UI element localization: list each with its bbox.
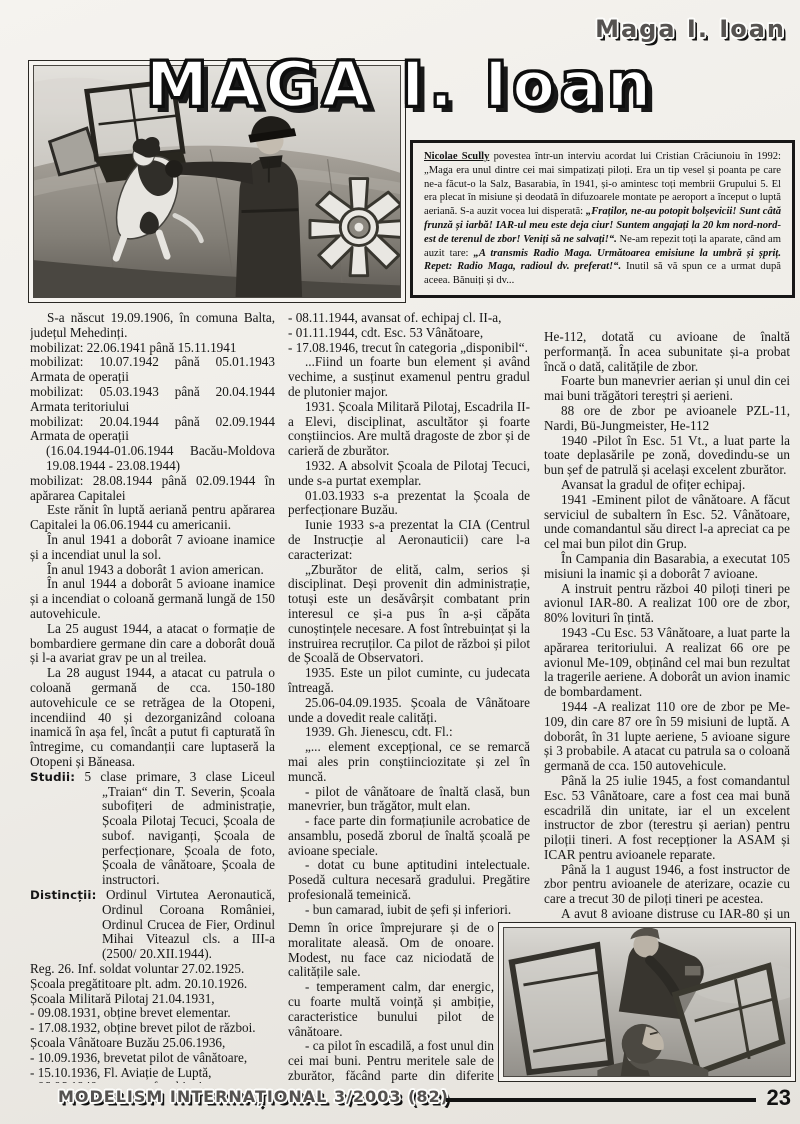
body-column-right: He-112, dotată cu avioane de înaltă perf…	[544, 330, 790, 920]
paragraph: Foarte bun manevrier aerian și unul din …	[544, 374, 790, 404]
paragraph: - ca pilot în escadilă, a fost unul din …	[288, 1039, 494, 1083]
paragraph: ...Fiind un foarte bun element și având …	[288, 355, 530, 399]
paragraph: Demn în orice împrejurare și de o morali…	[288, 921, 494, 980]
paragraph: - 17.08.1946, trecut în categoria „dispo…	[288, 341, 530, 356]
paragraph: În anul 1944 a doborât 5 avioane inamice…	[30, 577, 275, 621]
paragraph: S-a născut 19.09.1906, în comuna Balta, …	[30, 311, 275, 341]
paragraph: 1941 -Eminent pilot de vânătoare. A făcu…	[544, 493, 790, 552]
page-title: MAGA I. Ioan	[146, 48, 656, 121]
paragraph: În anul 1941 a doborât 7 avioane inamice…	[30, 533, 275, 563]
paragraph: 1943 -Cu Esc. 53 Vânătoare, a luat parte…	[544, 626, 790, 700]
footer-divider	[446, 1098, 756, 1102]
paragraph: mobilizat: 05.03.1943 până 20.04.1944 Ar…	[30, 385, 275, 415]
studies-text: 5 clase primare, 3 clase Liceul „Traian“…	[85, 769, 275, 888]
paragraph: - 01.11.1944, cdt. Esc. 53 Vânătoare,	[288, 326, 530, 341]
paragraph: La 28 august 1944, a atacat cu patrula o…	[30, 666, 275, 770]
paragraph: - 06.06.1940, avansat of. echipaj,	[30, 1080, 275, 1083]
paragraph: În anul 1943 a doborât 1 avion american.	[30, 563, 275, 578]
paragraph: 01.03.1933 s-a prezentat la Școala de pe…	[288, 489, 530, 519]
intro-quote-box: Nicolae Scully povestea într-un interviu…	[410, 140, 795, 298]
paragraph: - 08.11.1944, avansat of. echipaj cl. II…	[288, 311, 530, 326]
paragraph: - face parte din formațiunile acrobatice…	[288, 814, 530, 858]
studies-label: Studii:	[30, 770, 75, 784]
paragraph: 1935. Este un pilot cuminte, cu judecata…	[288, 666, 530, 696]
magazine-page: Maga I. Ioan MAGA I. Ioan	[0, 0, 800, 1124]
paragraph: Până la 25 iulie 1945, a fost comandantu…	[544, 774, 790, 863]
paragraph: 25.06-04.09.1935. Școala de Vânătoare un…	[288, 696, 530, 726]
paragraph: 1932. A absolvit Școala de Pilotaj Tecuc…	[288, 459, 530, 489]
studies-paragraph: Studii: 5 clase primare, 3 clase Liceul …	[30, 770, 275, 888]
paragraph: - dotat cu bune aptitudini intelectuale.…	[288, 858, 530, 902]
paragraph: „Zburător de elită, calm, serios și disc…	[288, 563, 530, 667]
body-column-middle: - 08.11.1944, avansat of. echipaj cl. II…	[288, 311, 530, 921]
paragraph: Școala Vânătoare Buzău 25.06.1936,	[30, 1036, 275, 1051]
decorations-label: Distincții:	[30, 888, 97, 902]
paragraph: A instruit pentru război 40 piloți tiner…	[544, 582, 790, 626]
magazine-footer-brand: MODELISM INTERNAȚIONAL 3/2003 (82)	[58, 1087, 449, 1106]
paragraph: 1940 -Pilot în Esc. 51 Vt., a luat parte…	[544, 434, 790, 478]
paragraph: 88 ore de zbor pe avioanele PZL-11, Nard…	[544, 404, 790, 434]
paragraph: mobilizat: 20.04.1944 până 02.09.1944 Ar…	[30, 415, 275, 445]
body-column-middle-narrow: Demn în orice împrejurare și de o morali…	[288, 921, 494, 1083]
paragraph: - 15.10.1936, Fl. Aviație de Luptă,	[30, 1066, 275, 1081]
paragraph: Este rănit în luptă aeriană pentru apăra…	[30, 503, 275, 533]
open-canopy-panel	[512, 945, 611, 1072]
paragraph: „... element excepțional, ce se remarcă …	[288, 740, 530, 784]
paragraph: Școala pregătitoare plt. adm. 20.10.1926…	[30, 977, 275, 992]
paragraph: Iunie 1933 s-a prezentat la CIA (Centrul…	[288, 518, 530, 562]
paragraph: Școala Militară Pilotaj 21.04.1931,	[30, 992, 275, 1007]
running-header: Maga I. Ioan	[595, 15, 786, 43]
paragraph: În Campania din Basarabia, a executat 10…	[544, 552, 790, 582]
paragraph: mobilizat: 22.06.1941 până 15.11.1941	[30, 341, 275, 356]
paragraph: - temperament calm, dar energic, cu foar…	[288, 980, 494, 1039]
paragraph: - 09.08.1931, obține brevet elementar.	[30, 1006, 275, 1021]
paragraph: - bun camarad, iubit de șefi și inferior…	[288, 903, 530, 918]
decorations-text: Ordinul Virtutea Aeronautică, Ordinul Co…	[102, 887, 275, 961]
author-name: Nicolae Scully	[424, 151, 489, 162]
paragraph: - 10.09.1936, brevetat pilot de vânătoar…	[30, 1051, 275, 1066]
paragraph: 1939. Gh. Jienescu, cdt. Fl.:	[288, 725, 530, 740]
paragraph: A avut 8 avioane distruse cu IAR-80 și u…	[544, 907, 790, 920]
paragraph: mobilizat: 10.07.1942 până 05.01.1943 Ar…	[30, 355, 275, 385]
paragraph: mobilizat: 28.08.1944 până 02.09.1944 în…	[30, 474, 275, 504]
paragraph: - 17.08.1932, obține brevet pilot de răz…	[30, 1021, 275, 1036]
photo-pilot-in-cockpit	[498, 922, 796, 1082]
paragraph: (16.04.1944-01.06.1944 Bacău-Moldova 19.…	[30, 444, 275, 474]
body-column-left: S-a născut 19.09.1906, în comuna Balta, …	[30, 311, 275, 1083]
paragraph: 1931. Școala Militară Pilotaj, Escadrila…	[288, 400, 530, 459]
page-number: 23	[767, 1085, 791, 1111]
paragraph: Reg. 26. Inf. soldat voluntar 27.02.1925…	[30, 962, 275, 977]
paragraph: 1944 -A realizat 110 ore de zbor pe Me-1…	[544, 700, 790, 774]
paragraph: Avansat la gradul de ofițer echipaj.	[544, 478, 790, 493]
paragraph: La 25 august 1944, a atacat o formație d…	[30, 622, 275, 666]
photo-pilot-in-cockpit-art	[504, 928, 790, 1076]
paragraph: Până la 1 august 1946, a fost instructor…	[544, 863, 790, 907]
intro-quote-paragraph: Nicolae Scully povestea într-un interviu…	[424, 150, 781, 288]
decorations-paragraph: Distincții: Ordinul Virtutea Aeronautică…	[30, 888, 275, 962]
paragraph: He-112, dotată cu avioane de înaltă perf…	[544, 330, 790, 374]
paragraph: - pilot de vânătoare de înaltă clasă, bu…	[288, 785, 530, 815]
